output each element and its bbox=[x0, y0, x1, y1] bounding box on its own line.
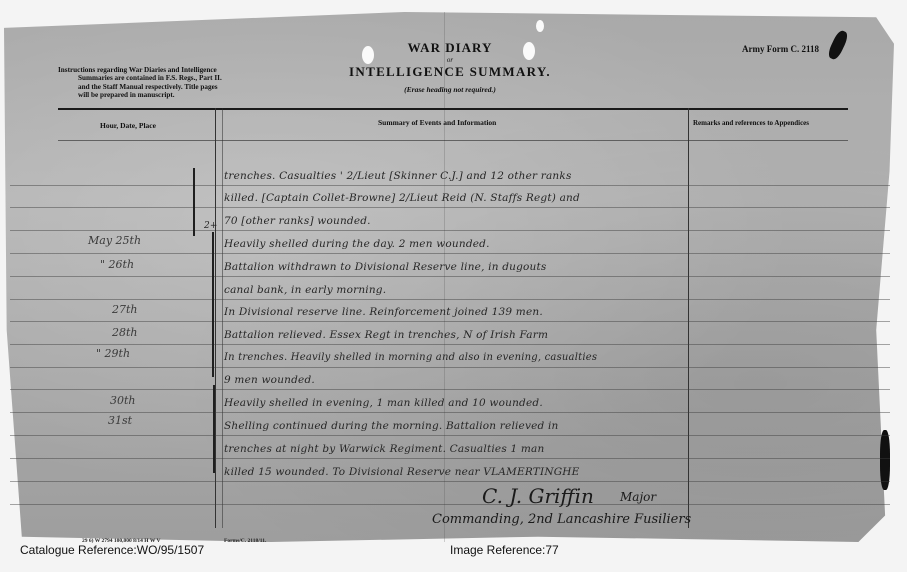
punch-hole bbox=[536, 20, 544, 32]
entry-line: Battalion withdrawn to Divisional Reserv… bbox=[224, 261, 547, 273]
column-header-date-place: Hour, Date, Place bbox=[100, 121, 156, 130]
ruled-line bbox=[10, 344, 890, 345]
date-entry: 28th bbox=[112, 326, 138, 339]
title-intelligence-summary: INTELLIGENCE SUMMARY. bbox=[330, 64, 570, 80]
form-title: WAR DIARY or INTELLIGENCE SUMMARY. (Eras… bbox=[330, 40, 570, 94]
ruled-line bbox=[10, 207, 890, 208]
header-bottom-rule bbox=[58, 140, 848, 141]
ruled-line bbox=[10, 481, 890, 482]
instructions-note: Instructions regarding War Diaries and I… bbox=[58, 66, 268, 100]
entry-line: 9 men wounded. bbox=[224, 374, 315, 386]
ruled-line bbox=[10, 230, 890, 231]
catalogue-reference: Catalogue Reference:WO/95/1507 bbox=[20, 543, 204, 557]
entry-line: In Divisional reserve line. Reinforcemen… bbox=[224, 306, 543, 318]
signature-name: C. J. Griffin bbox=[482, 484, 594, 508]
margin-bracket bbox=[212, 232, 214, 377]
column-divider bbox=[688, 108, 689, 528]
entry-line: 70 [other ranks] wounded. bbox=[224, 215, 371, 227]
column-header-remarks: Remarks and references to Appendices bbox=[693, 119, 809, 127]
date-entry: 31st bbox=[108, 414, 132, 427]
ruled-line bbox=[10, 253, 890, 254]
ruled-line bbox=[10, 389, 890, 390]
title-or: or bbox=[330, 56, 570, 64]
entry-line: Battalion relieved. Essex Regt in trench… bbox=[224, 329, 548, 341]
ruled-line bbox=[10, 276, 890, 277]
instructions-line: will be prepared in manuscript. bbox=[58, 91, 268, 99]
ruled-line bbox=[10, 299, 890, 300]
ruled-line bbox=[10, 321, 890, 322]
entry-line: In trenches. Heavily shelled in morning … bbox=[224, 352, 597, 363]
entry-line: Heavily shelled in evening, 1 man killed… bbox=[224, 397, 543, 409]
ruled-line bbox=[10, 458, 890, 459]
image-reference: Image Reference:77 bbox=[450, 543, 559, 557]
margin-bracket bbox=[213, 385, 215, 473]
date-entry: 30th bbox=[110, 394, 136, 407]
entry-line: canal bank, in early morning. bbox=[224, 284, 386, 296]
column-divider bbox=[215, 108, 216, 528]
ruled-line bbox=[10, 185, 890, 186]
column-divider bbox=[222, 108, 223, 528]
entry-line: killed. [Captain Collet-Browne] 2/Lieut … bbox=[224, 192, 580, 204]
entry-line: killed 15 wounded. To Divisional Reserve… bbox=[224, 466, 580, 478]
army-form-number: Army Form C. 2118 bbox=[742, 44, 819, 54]
ruled-line bbox=[10, 504, 890, 505]
ruled-line bbox=[10, 367, 890, 368]
instructions-line: and the Staff Manual respectively. Title… bbox=[58, 83, 268, 91]
title-note: (Erase heading not required.) bbox=[330, 85, 570, 94]
entry-line: trenches. Casualties ' 2/Lieut [Skinner … bbox=[224, 170, 572, 182]
instructions-line: Instructions regarding War Diaries and I… bbox=[58, 66, 268, 74]
margin-mark: 2+ bbox=[204, 221, 218, 231]
column-header-summary: Summary of Events and Information bbox=[378, 118, 496, 127]
ruled-line bbox=[10, 412, 890, 413]
date-entry: 27th bbox=[112, 303, 138, 316]
date-entry: " 26th bbox=[100, 258, 134, 271]
date-entry: May 25th bbox=[88, 234, 141, 247]
margin-bracket bbox=[193, 168, 195, 236]
header-rule bbox=[58, 108, 848, 110]
ruled-line bbox=[10, 435, 890, 436]
title-war-diary: WAR DIARY bbox=[330, 40, 570, 56]
instructions-line: Summaries are contained in F.S. Regs., P… bbox=[58, 74, 268, 82]
signature-rank: Major bbox=[620, 490, 656, 504]
entry-line: Heavily shelled during the day. 2 men wo… bbox=[224, 238, 490, 250]
signature-title: Commanding, 2nd Lancashire Fusiliers bbox=[432, 512, 691, 527]
date-entry: " 29th bbox=[96, 347, 130, 360]
entry-line: trenches at night by Warwick Regiment. C… bbox=[224, 443, 544, 455]
entry-line: Shelling continued during the morning. B… bbox=[224, 420, 559, 432]
forms-code: Forms/C. 2118/11. bbox=[224, 538, 266, 544]
